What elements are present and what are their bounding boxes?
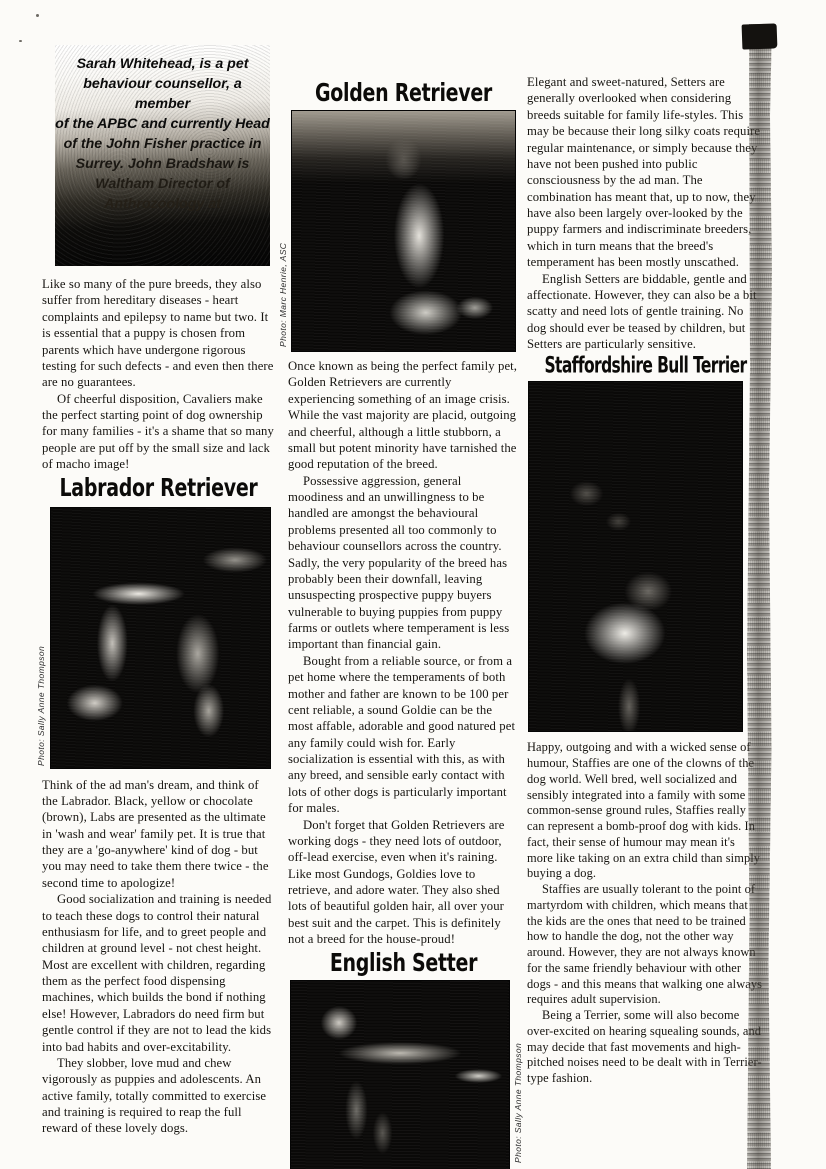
page-speck — [19, 40, 22, 42]
golden-retriever-photo: Photo: Marc Henrie, ASC — [291, 110, 516, 352]
paragraph-labrador-3: They slobber, love mud and chew vigorous… — [42, 1055, 275, 1137]
paragraph-golden-2: Possessive aggression, general moodiness… — [288, 473, 519, 653]
paragraph-staffie-2: Staffies are usually tolerant to the poi… — [527, 882, 764, 1008]
staffordshire-photo — [528, 381, 743, 732]
labrador-text: Think of the ad man's dream, and think o… — [42, 777, 275, 1137]
english-setter-photo: Photo: Sally Anne Thompson — [290, 980, 510, 1169]
column-left: Like so many of the pure breeds, they al… — [42, 276, 275, 1137]
photo-credit-setter: Photo: Sally Anne Thompson — [513, 993, 523, 1163]
paragraph-staffie-3: Being a Terrier, some will also become o… — [527, 1008, 764, 1087]
golden-retriever-text: Once known as being the perfect family p… — [288, 358, 519, 948]
staffordshire-text: Happy, outgoing and with a wicked sense … — [527, 740, 764, 1087]
paragraph-labrador-1: Think of the ad man's dream, and think o… — [42, 777, 275, 892]
intro-line: Sarah Whitehead, is a pet — [55, 54, 270, 74]
paragraph-golden-4: Don't forget that Golden Retrievers are … — [288, 817, 519, 948]
intro-line: Anthrozoology at — [55, 194, 270, 214]
author-intro-box: Sarah Whitehead, is a pet behaviour coun… — [55, 45, 270, 266]
paragraph-cavalier-1: Like so many of the pure breeds, they al… — [42, 276, 275, 391]
english-setter-text: Elegant and sweet-natured, Setters are g… — [527, 74, 764, 352]
intro-line: Waltham Director of — [55, 174, 270, 194]
scan-artifact-blob — [742, 23, 778, 49]
paragraph-golden-1: Once known as being the perfect family p… — [288, 358, 519, 473]
photo-credit-golden: Photo: Marc Henrie, ASC — [278, 187, 288, 347]
intro-line: of the APBC and currently Head — [55, 114, 270, 134]
intro-line: Surrey. John Bradshaw is — [55, 154, 270, 174]
column-right: Elegant and sweet-natured, Setters are g… — [527, 74, 764, 1087]
paragraph-staffie-1: Happy, outgoing and with a wicked sense … — [527, 740, 764, 882]
heading-golden-retriever: Golden Retriever — [288, 82, 519, 104]
column-middle: Golden Retriever Photo: Marc Henrie, ASC… — [288, 78, 519, 1169]
paragraph-setter-1: Elegant and sweet-natured, Setters are g… — [527, 74, 764, 271]
labrador-photo: Photo: Sally Anne Thompson — [50, 507, 271, 769]
heading-english-setter: English Setter — [288, 952, 519, 974]
paragraph-setter-2: English Setters are biddable, gentle and… — [527, 271, 764, 353]
paragraph-labrador-2: Good socialization and training is neede… — [42, 891, 275, 1055]
scan-artifact-band — [747, 24, 772, 1169]
intro-line: behaviour counsellor, a member — [55, 74, 270, 114]
magazine-page: Sarah Whitehead, is a pet behaviour coun… — [0, 0, 826, 1169]
heading-labrador-retriever: Labrador Retriever — [42, 477, 275, 499]
paragraph-cavalier-2: Of cheerful disposition, Cavaliers make … — [42, 391, 275, 473]
cavalier-continued-text: Like so many of the pure breeds, they al… — [42, 276, 275, 473]
heading-staffordshire-bull-terrier: Staffordshire Bull Terrier — [527, 356, 764, 375]
page-speck — [36, 14, 39, 17]
intro-line: of the John Fisher practice in — [55, 134, 270, 154]
photo-credit-labrador: Photo: Sally Anne Thompson — [36, 586, 46, 766]
paragraph-golden-3: Bought from a reliable source, or from a… — [288, 653, 519, 817]
